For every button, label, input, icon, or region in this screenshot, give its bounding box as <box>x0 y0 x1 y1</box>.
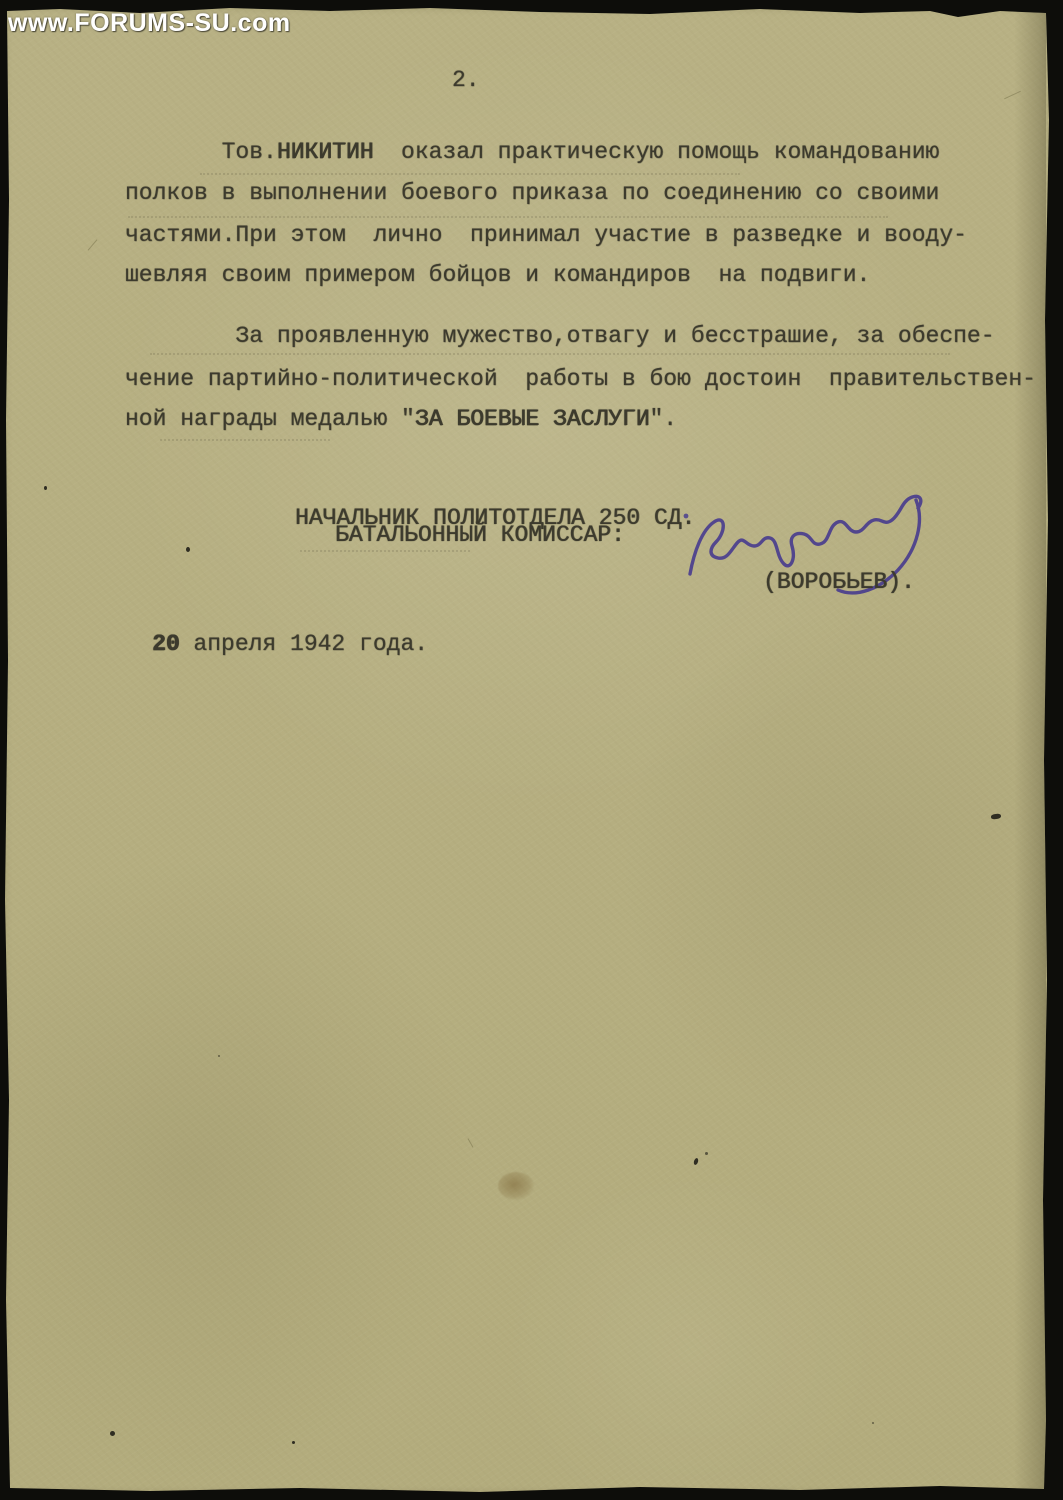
date-day: 20 <box>152 631 180 657</box>
paper-speck <box>872 1422 874 1424</box>
paragraph-1-line-1-lead: Тов. <box>125 139 277 165</box>
paper-speck <box>705 1152 708 1155</box>
surname-emphasis: НИКИТИН <box>277 139 374 165</box>
paper-speck <box>693 1158 699 1166</box>
document-page: www.FORUMS-SU.com 2. Тов.НИКИТИН оказал … <box>0 0 1063 1500</box>
paragraph-1-line-4: шевляя своим примером бойцов и командиро… <box>125 263 870 288</box>
paper-speck <box>292 1441 295 1444</box>
signature-stroke <box>690 496 921 574</box>
date-line: 20 апреля 1942 года. <box>152 632 428 657</box>
ghost-underline <box>160 439 330 441</box>
signee-typed-name: (ВОРОБЬЕВ). <box>763 570 915 595</box>
paper-fiber <box>468 1138 474 1147</box>
signature-title-line-2: БАТАЛЬОННЫЙ КОМИССАР: <box>335 523 625 548</box>
paragraph-1-line-1: Тов.НИКИТИН оказал практическую помощь к… <box>125 140 939 165</box>
paragraph-1-line-1-tail: оказал практическую помощь командованию <box>373 139 939 165</box>
ink-dot <box>684 514 689 519</box>
watermark: www.FORUMS-SU.com <box>8 9 291 38</box>
paper-speck <box>991 813 1002 819</box>
paper-speck <box>44 486 47 490</box>
paragraph-1-line-3: частями.При этом лично принимал участие … <box>125 223 967 248</box>
ghost-underline <box>200 173 740 175</box>
medal-name-emphasis: ЗА БОЕВЫЕ ЗАСЛУГИ <box>415 406 650 432</box>
paragraph-1-line-2: полков в выполнении боевого приказа по с… <box>125 181 939 206</box>
paragraph-2-line-3-lead: ной награды медалью " <box>125 406 415 432</box>
paper-speck <box>218 1055 220 1057</box>
paper-stain <box>498 1172 534 1200</box>
date-rest: апреля 1942 года. <box>180 631 428 657</box>
paper-speck <box>110 1431 115 1436</box>
paragraph-2-line-2: чение партийно-политической работы в бою… <box>125 367 1036 392</box>
ghost-underline <box>150 353 950 355</box>
paper-speck <box>186 547 190 552</box>
page-number: 2. <box>452 68 480 93</box>
paragraph-2-line-3-tail: ". <box>650 406 678 432</box>
ghost-underline <box>128 216 888 218</box>
paper-edge-crease <box>1014 0 1046 1500</box>
paragraph-2-line-3: ной награды медалью "ЗА БОЕВЫЕ ЗАСЛУГИ". <box>125 407 677 432</box>
ghost-underline <box>300 550 470 552</box>
paper-fiber <box>88 239 98 250</box>
paragraph-2-line-1: За проявленную мужество,отвагу и бесстра… <box>125 324 995 349</box>
